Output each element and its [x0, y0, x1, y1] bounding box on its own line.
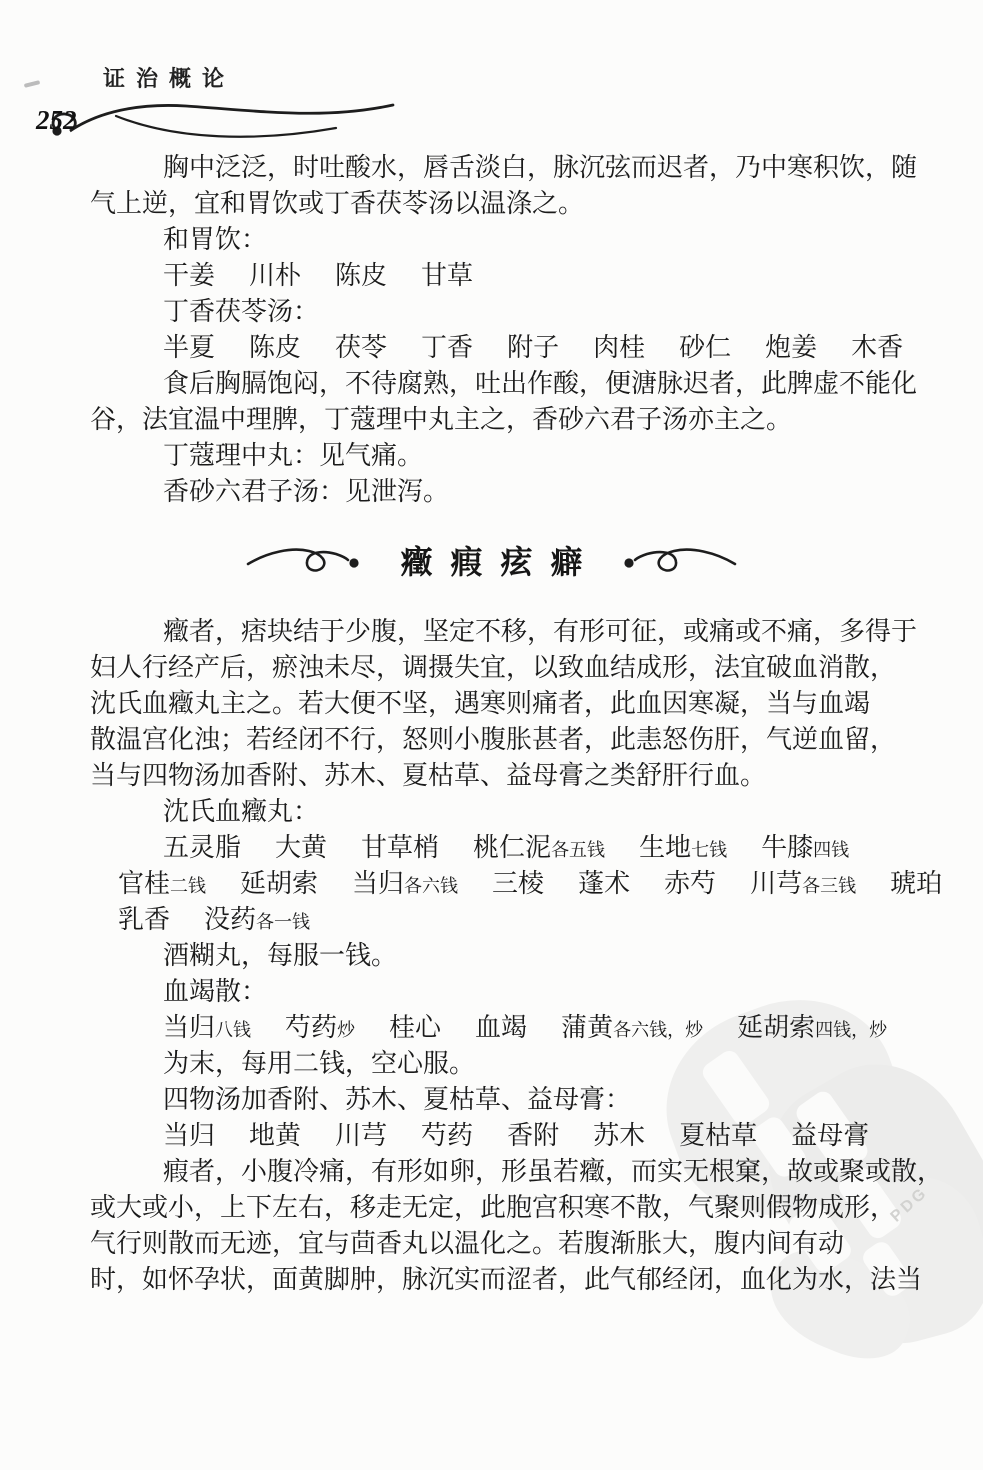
- text-segment: 瘕者，小腹冷痛，有形如卵，形虽若癥，而实无根窠，故或聚或散，: [163, 1157, 943, 1186]
- text-segment: 四物汤加香附、苏木、夏枯草、益母膏：: [163, 1085, 631, 1114]
- text-segment: 酒糊丸，每服一钱。: [163, 941, 397, 970]
- text-line: 和胃饮：: [90, 222, 983, 258]
- text-line: 食后胸膈饱闷，不待腐熟，吐出作酸，便溏脉迟者，此脾虚不能化: [90, 366, 983, 402]
- text-line: 妇人行经产后，瘀浊未尽，调摄失宜，以致血结成形，法宜破血消散，: [90, 650, 983, 686]
- dosage-note: 七钱: [691, 840, 727, 860]
- text-segment: 谷，法宜温中理脾，丁蔻理中丸主之，香砂六君子汤亦主之。: [90, 405, 792, 434]
- text-segment: 妇人行经产后，瘀浊未尽，调摄失宜，以致血结成形，法宜破血消散，: [90, 653, 896, 682]
- dosage-note: 各六钱: [404, 876, 458, 896]
- text-segment: 延胡索: [737, 1013, 815, 1042]
- text-segment: 陈皮: [249, 333, 301, 362]
- text-segment: 香砂六君子汤：见泄泻。: [163, 477, 449, 506]
- text-segment: 半夏: [163, 333, 215, 362]
- text-segment: 肉桂: [593, 333, 645, 362]
- text-segment: 血竭: [475, 1013, 527, 1042]
- text-segment: 桃仁泥: [473, 833, 551, 862]
- text-segment: 气行则散而无迹，宜与茴香丸以温化之。若腹渐胀大，腹内间有动: [90, 1229, 844, 1258]
- text-segment: 附子: [507, 333, 559, 362]
- text-segment: 食后胸膈饱闷，不待腐熟，吐出作酸，便溏脉迟者，此脾虚不能化: [163, 369, 917, 398]
- text-block-upper: 胸中泛泛，时吐酸水，唇舌淡白，脉沉弦而迟者，乃中寒积饮，随气上逆，宜和胃饮或丁香…: [0, 150, 983, 510]
- text-segment: 气上逆，宜和胃饮或丁香茯苓汤以温涤之。: [90, 189, 584, 218]
- text-segment: 桂心: [389, 1013, 441, 1042]
- text-segment: 苏木: [593, 1121, 645, 1150]
- text-line: 沈氏血癥丸：: [90, 794, 983, 830]
- text-segment: 甘草: [421, 261, 473, 290]
- page-number: 252: [36, 105, 77, 136]
- text-segment: 沈氏血癥丸主之。若大便不坚，遇寒则痛者，此血因寒凝，当与血竭: [90, 689, 870, 718]
- text-line: 或大或小，上下左右，移走无定，此胞宫积寒不散，气聚则假物成形，: [90, 1190, 983, 1226]
- text-segment: 延胡索: [240, 869, 318, 898]
- text-line: 四物汤加香附、苏木、夏枯草、益母膏：: [90, 1082, 983, 1118]
- dosage-note: 各六钱，炒: [613, 1020, 703, 1040]
- text-line: 五灵脂大黄甘草梢桃仁泥各五钱生地七钱牛膝四钱: [90, 830, 983, 866]
- text-segment: 地黄: [249, 1121, 301, 1150]
- text-segment: 血竭散：: [163, 977, 267, 1006]
- text-line: 丁蔻理中丸：见气痛。: [90, 438, 983, 474]
- text-segment: 没药: [204, 905, 256, 934]
- text-line: 丁香茯苓汤：: [90, 294, 983, 330]
- text-segment: 丁香: [421, 333, 473, 362]
- text-segment: 当归: [163, 1121, 215, 1150]
- section-heading-row: 癥瘕痃癖: [0, 510, 983, 610]
- text-segment: 丁蔻理中丸：见气痛。: [163, 441, 423, 470]
- text-segment: 砂仁: [679, 333, 731, 362]
- dosage-note: 各一钱: [256, 912, 310, 932]
- text-line: 当归八钱芍药炒桂心血竭蒲黄各六钱，炒延胡索四钱，炒: [90, 1010, 983, 1046]
- text-line: 血竭散：: [90, 974, 983, 1010]
- text-segment: 和胃饮：: [163, 225, 267, 254]
- text-segment: 乳香: [118, 905, 170, 934]
- text-segment: 三棱: [492, 869, 544, 898]
- text-line: 癥者，痞块结于少腹，坚定不移，有形可征，或痛或不痛，多得于: [90, 614, 983, 650]
- text-segment: 琥珀: [890, 869, 942, 898]
- text-block-lower: 癥者，痞块结于少腹，坚定不移，有形可征，或痛或不痛，多得于妇人行经产后，瘀浊未尽…: [0, 614, 983, 1298]
- text-segment: 或大或小，上下左右，移走无定，此胞宫积寒不散，气聚则假物成形，: [90, 1193, 896, 1222]
- text-segment: 香附: [507, 1121, 559, 1150]
- text-segment: 夏枯草: [679, 1121, 757, 1150]
- dosage-note: 四钱: [813, 840, 849, 860]
- text-segment: 川朴: [249, 261, 301, 290]
- text-line: 香砂六君子汤：见泄泻。: [90, 474, 983, 510]
- text-segment: 芍药: [421, 1121, 473, 1150]
- text-line: 沈氏血癥丸主之。若大便不坚，遇寒则痛者，此血因寒凝，当与血竭: [90, 686, 983, 722]
- text-line: 当与四物汤加香附、苏木、夏枯草、益母膏之类舒肝行血。: [90, 758, 983, 794]
- dosage-note: 二钱: [170, 876, 206, 896]
- dosage-note: 八钱: [215, 1020, 251, 1040]
- text-line: 瘕者，小腹冷痛，有形如卵，形虽若癥，而实无根窠，故或聚或散，: [90, 1154, 983, 1190]
- text-segment: 当归: [352, 869, 404, 898]
- text-segment: 茯苓: [335, 333, 387, 362]
- dosage-note: 四钱，炒: [815, 1020, 887, 1040]
- text-line: 气上逆，宜和胃饮或丁香茯苓汤以温涤之。: [90, 186, 983, 222]
- text-line: 干姜川朴陈皮甘草: [90, 258, 983, 294]
- text-segment: 蒲黄: [561, 1013, 613, 1042]
- text-line: 谷，法宜温中理脾，丁蔻理中丸主之，香砂六君子汤亦主之。: [90, 402, 983, 438]
- text-segment: 大黄: [275, 833, 327, 862]
- text-segment: 川芎: [750, 869, 802, 898]
- text-segment: 干姜: [163, 261, 215, 290]
- dosage-note: 各三钱: [802, 876, 856, 896]
- dosage-note: 各五钱: [551, 840, 605, 860]
- text-segment: 时，如怀孕状，面黄脚肿，脉沉实而涩者，此气郁经闭，血化为水，法当: [90, 1265, 922, 1294]
- text-line: 胸中泛泛，时吐酸水，唇舌淡白，脉沉弦而迟者，乃中寒积饮，随: [90, 150, 983, 186]
- heading-flourish-right-icon: [619, 538, 737, 582]
- text-line: 为末，每用二钱，空心服。: [90, 1046, 983, 1082]
- text-segment: 益母膏: [791, 1121, 869, 1150]
- text-segment: 癥者，痞块结于少腹，坚定不移，有形可征，或痛或不痛，多得于: [163, 617, 917, 646]
- section-heading: 癥瘕痃癖: [382, 537, 600, 583]
- book-page: PDG 证治概论 252 胸中泛泛，时吐酸水，唇舌淡白，脉沉弦而迟者，乃中寒积饮…: [0, 0, 983, 1470]
- text-line: 乳香没药各一钱: [90, 902, 983, 938]
- text-segment: 五灵脂: [163, 833, 241, 862]
- edge-mark: [24, 80, 40, 88]
- text-line: 酒糊丸，每服一钱。: [90, 938, 983, 974]
- text-segment: 沈氏血癥丸：: [163, 797, 319, 826]
- text-line: 气行则散而无迹，宜与茴香丸以温化之。若腹渐胀大，腹内间有动: [90, 1226, 983, 1262]
- text-line: 半夏陈皮茯苓丁香附子肉桂砂仁炮姜木香: [90, 330, 983, 366]
- text-segment: 官桂: [118, 869, 170, 898]
- text-segment: 芍药: [285, 1013, 337, 1042]
- text-segment: 胸中泛泛，时吐酸水，唇舌淡白，脉沉弦而迟者，乃中寒积饮，随: [163, 153, 917, 182]
- text-segment: 陈皮: [335, 261, 387, 290]
- text-line: 时，如怀孕状，面黄脚肿，脉沉实而涩者，此气郁经闭，血化为水，法当: [90, 1262, 983, 1298]
- text-segment: 蓬术: [578, 869, 630, 898]
- text-segment: 甘草梢: [361, 833, 439, 862]
- text-line: 当归地黄川芎芍药香附苏木夏枯草益母膏: [90, 1118, 983, 1154]
- text-segment: 散温宫化浊；若经闭不行，怒则小腹胀甚者，此恚怒伤肝，气逆血留，: [90, 725, 896, 754]
- text-segment: 当归: [163, 1013, 215, 1042]
- text-segment: 赤芍: [664, 869, 716, 898]
- text-segment: 生地: [639, 833, 691, 862]
- text-segment: 川芎: [335, 1121, 387, 1150]
- text-segment: 为末，每用二钱，空心服。: [163, 1049, 475, 1078]
- text-segment: 炮姜: [765, 333, 817, 362]
- text-line: 散温宫化浊；若经闭不行，怒则小腹胀甚者，此恚怒伤肝，气逆血留，: [90, 722, 983, 758]
- text-segment: 木香: [851, 333, 903, 362]
- dosage-note: 炒: [337, 1020, 355, 1040]
- header-flourish-icon: [46, 88, 396, 146]
- text-line: 官桂二钱延胡索当归各六钱三棱蓬术赤芍川芎各三钱琥珀: [90, 866, 983, 902]
- text-segment: 当与四物汤加香附、苏木、夏枯草、益母膏之类舒肝行血。: [90, 761, 766, 790]
- text-segment: 牛膝: [761, 833, 813, 862]
- text-segment: 丁香茯苓汤：: [163, 297, 319, 326]
- heading-flourish-left-icon: [246, 538, 364, 582]
